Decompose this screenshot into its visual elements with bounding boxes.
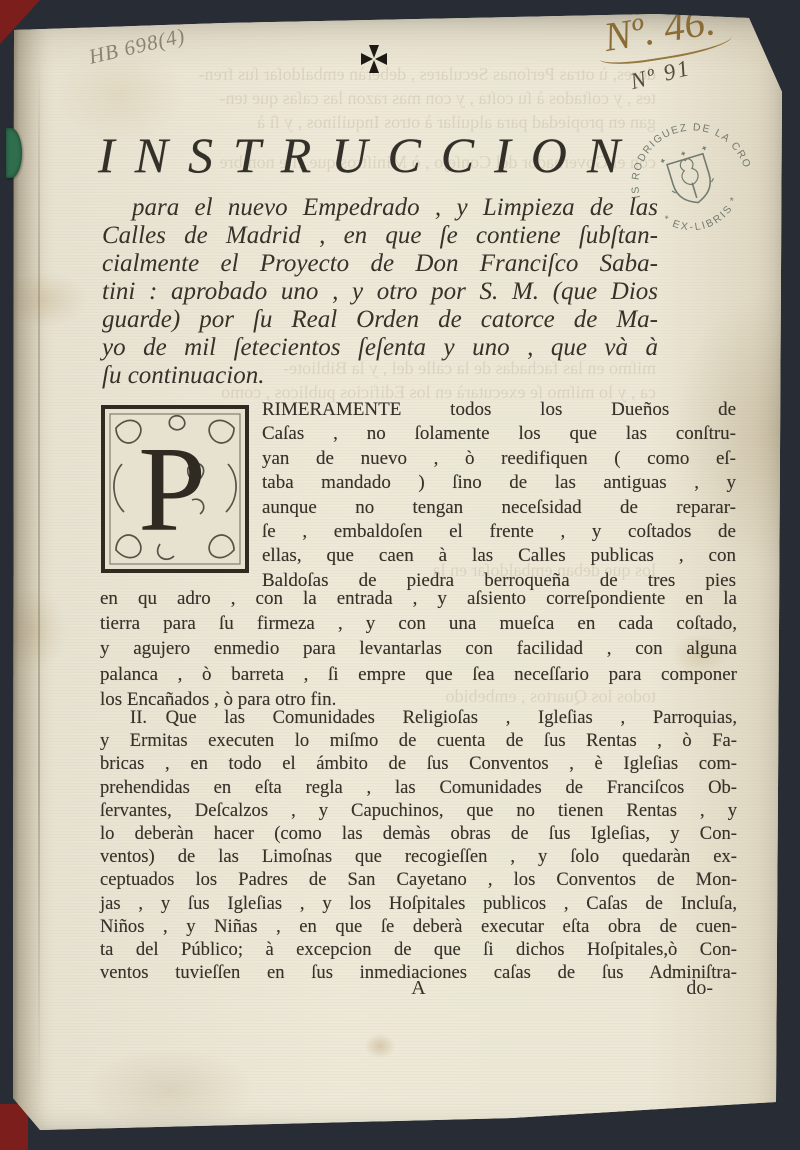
text-line: ventos tuvieſſen en ſus inmediaciones ca…: [100, 961, 737, 984]
subtitle-line: yo de mil ſetecientos ſeſenta y uno , qu…: [102, 334, 658, 362]
text-line: jas , y ſus Igleſias , y los Hoſpitales …: [100, 892, 737, 915]
gutter-shadow: [12, 24, 58, 1134]
subtitle-line: cialmente el Proyecto de Don Franciſco S…: [102, 250, 658, 278]
document-subtitle: para el nuevo Empedrado , y Limpieza de …: [102, 194, 658, 390]
text-line: Niños , y Niñas , en que ſe deberà execu…: [100, 915, 737, 938]
text-line: Caſas , no ſolamente los que las conſtru…: [262, 422, 736, 446]
text-line: bricas , en todo el ámbito de ſus Conven…: [100, 752, 737, 775]
text-line: ſe , embaldoſen el frente , y coſtados d…: [262, 520, 736, 544]
drop-cap-initial: P: [100, 404, 250, 574]
text-line: y Ermitas executen lo miſmo de cuenta de…: [100, 729, 737, 752]
text-line: prehendidas en eſta regla , las Comunida…: [100, 776, 737, 799]
text-line: ſervantes, Deſcalzos , y Capuchinos, que…: [100, 799, 737, 822]
text-line: palanca , ò barreta , ſi empre que ſea n…: [100, 662, 737, 687]
catalog-number-note: Nº. 46.: [593, 0, 734, 69]
subtitle-line: ſu continuacion.: [102, 362, 658, 390]
text-line: taba mandado ) ſino de las antiguas , y: [262, 471, 736, 495]
text-line: aunque no tengan neceſsidad de reparar-: [262, 496, 736, 520]
text-line: ellas, que caen à las Calles publicas , …: [262, 544, 736, 568]
bleedthrough-line: tes , y coſtados à ſu coſta , y con mas …: [86, 88, 656, 109]
subtitle-line: guarde) por ſu Real Orden de catorce de …: [102, 306, 658, 334]
paragraph-1-full: en qu adro , con la entrada , y aſsiento…: [100, 586, 737, 712]
text-line: yan de nuevo , ò reedifiquen ( como eſ-: [262, 447, 736, 471]
text-line: tierra para ſu firmeza , y con una mueſc…: [100, 611, 737, 636]
paragraph-1-indented: RIMERAMENTE todos los Dueños deCaſas , n…: [262, 398, 736, 593]
text-line: ventos) de las Limoſnas que recogieſſen …: [100, 845, 737, 868]
text-line: en qu adro , con la entrada , y aſsiento…: [100, 586, 737, 611]
text-line: lo deberàn hacer (como las demàs obras d…: [100, 822, 737, 845]
text-line: ceptuados los Padres de San Cayetano , l…: [100, 868, 737, 891]
shelfmark-note: HB 698(4): [86, 23, 187, 69]
document-title: INSTRUCCION: [98, 126, 698, 184]
book-page: dores, ù otras Perſonas Seculares , debe…: [0, 0, 800, 1150]
maltese-cross-icon: [360, 44, 388, 79]
subtitle-line: para el nuevo Empedrado , y Limpieza de …: [102, 194, 658, 222]
subtitle-line: tini : aprobado uno , y otro por S. M. (…: [102, 278, 658, 306]
text-line: y agujero enmedio para levantarlas con f…: [100, 636, 737, 661]
text-line: II. Que las Comunidades Religioſas , Igl…: [100, 706, 737, 729]
binding-red-corner-bottom: [0, 1104, 28, 1150]
text-line: RIMERAMENTE todos los Dueños de: [262, 398, 736, 422]
gutter-fold-line: [38, 60, 40, 1090]
subtitle-line: Calles de Madrid , en que ſe contiene ſu…: [102, 222, 658, 250]
paragraph-2: II. Que las Comunidades Religioſas , Igl…: [100, 706, 737, 984]
drop-cap-letter: P: [138, 422, 206, 557]
text-line: ta del Público; à excepcion de que ſi di…: [100, 938, 737, 961]
